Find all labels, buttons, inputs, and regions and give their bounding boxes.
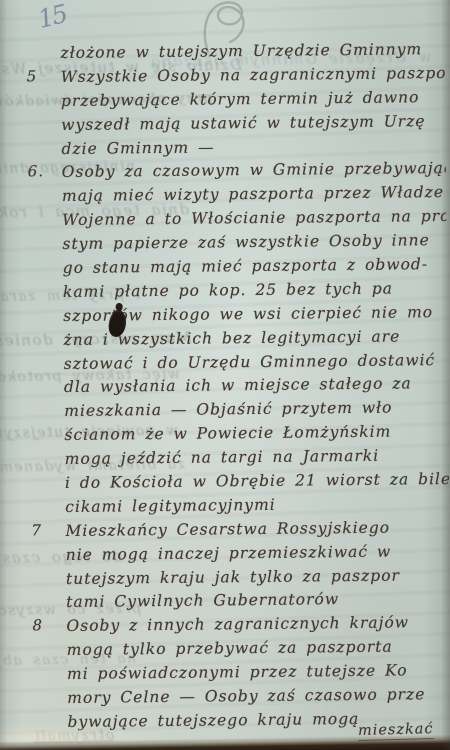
manuscript-section: 6.Osoby za czasowym w Gminie przebywając…: [62, 157, 450, 519]
manuscript-line: wyszedł mają ustawić w tutejszym Urzę: [61, 110, 445, 138]
manuscript-section: 8Osoby z innych zagranicznych krajówmogą…: [66, 611, 450, 734]
manuscript-page: Działo się w tutejszej Wsiprzy obecności…: [0, 0, 450, 750]
section-number: 8: [32, 617, 43, 635]
manuscript-line: mory Celne — Osoby zaś czasowo prze: [67, 683, 450, 711]
manuscript-section: 5Wszystkie Osoby na zagranicznymi paszpo…: [61, 62, 446, 162]
manuscript-text-block: złożone w tutejszym Urzędzie Gminnym5Wsz…: [60, 38, 450, 735]
manuscript-line: ścianom że w Powiecie Łomżyńskim: [64, 420, 448, 448]
page-right-edge-shadow: [441, 0, 450, 750]
manuscript-section: 7Mieszkańcy Cesarstwa Rossyjskiegonie mo…: [65, 516, 450, 616]
manuscript-line: i do Kościoła w Obrębie 21 wiorst za bil…: [65, 468, 449, 496]
manuscript-line: przebywające którym termin już dawno: [61, 86, 445, 114]
page-left-edge-shadow: [0, 0, 7, 750]
section-number: 7: [31, 521, 42, 539]
manuscript-line: tutejszym kraju jak tylko za paszpor: [66, 564, 450, 592]
section-number: 5: [27, 67, 38, 85]
section-number: 6.: [28, 163, 45, 181]
